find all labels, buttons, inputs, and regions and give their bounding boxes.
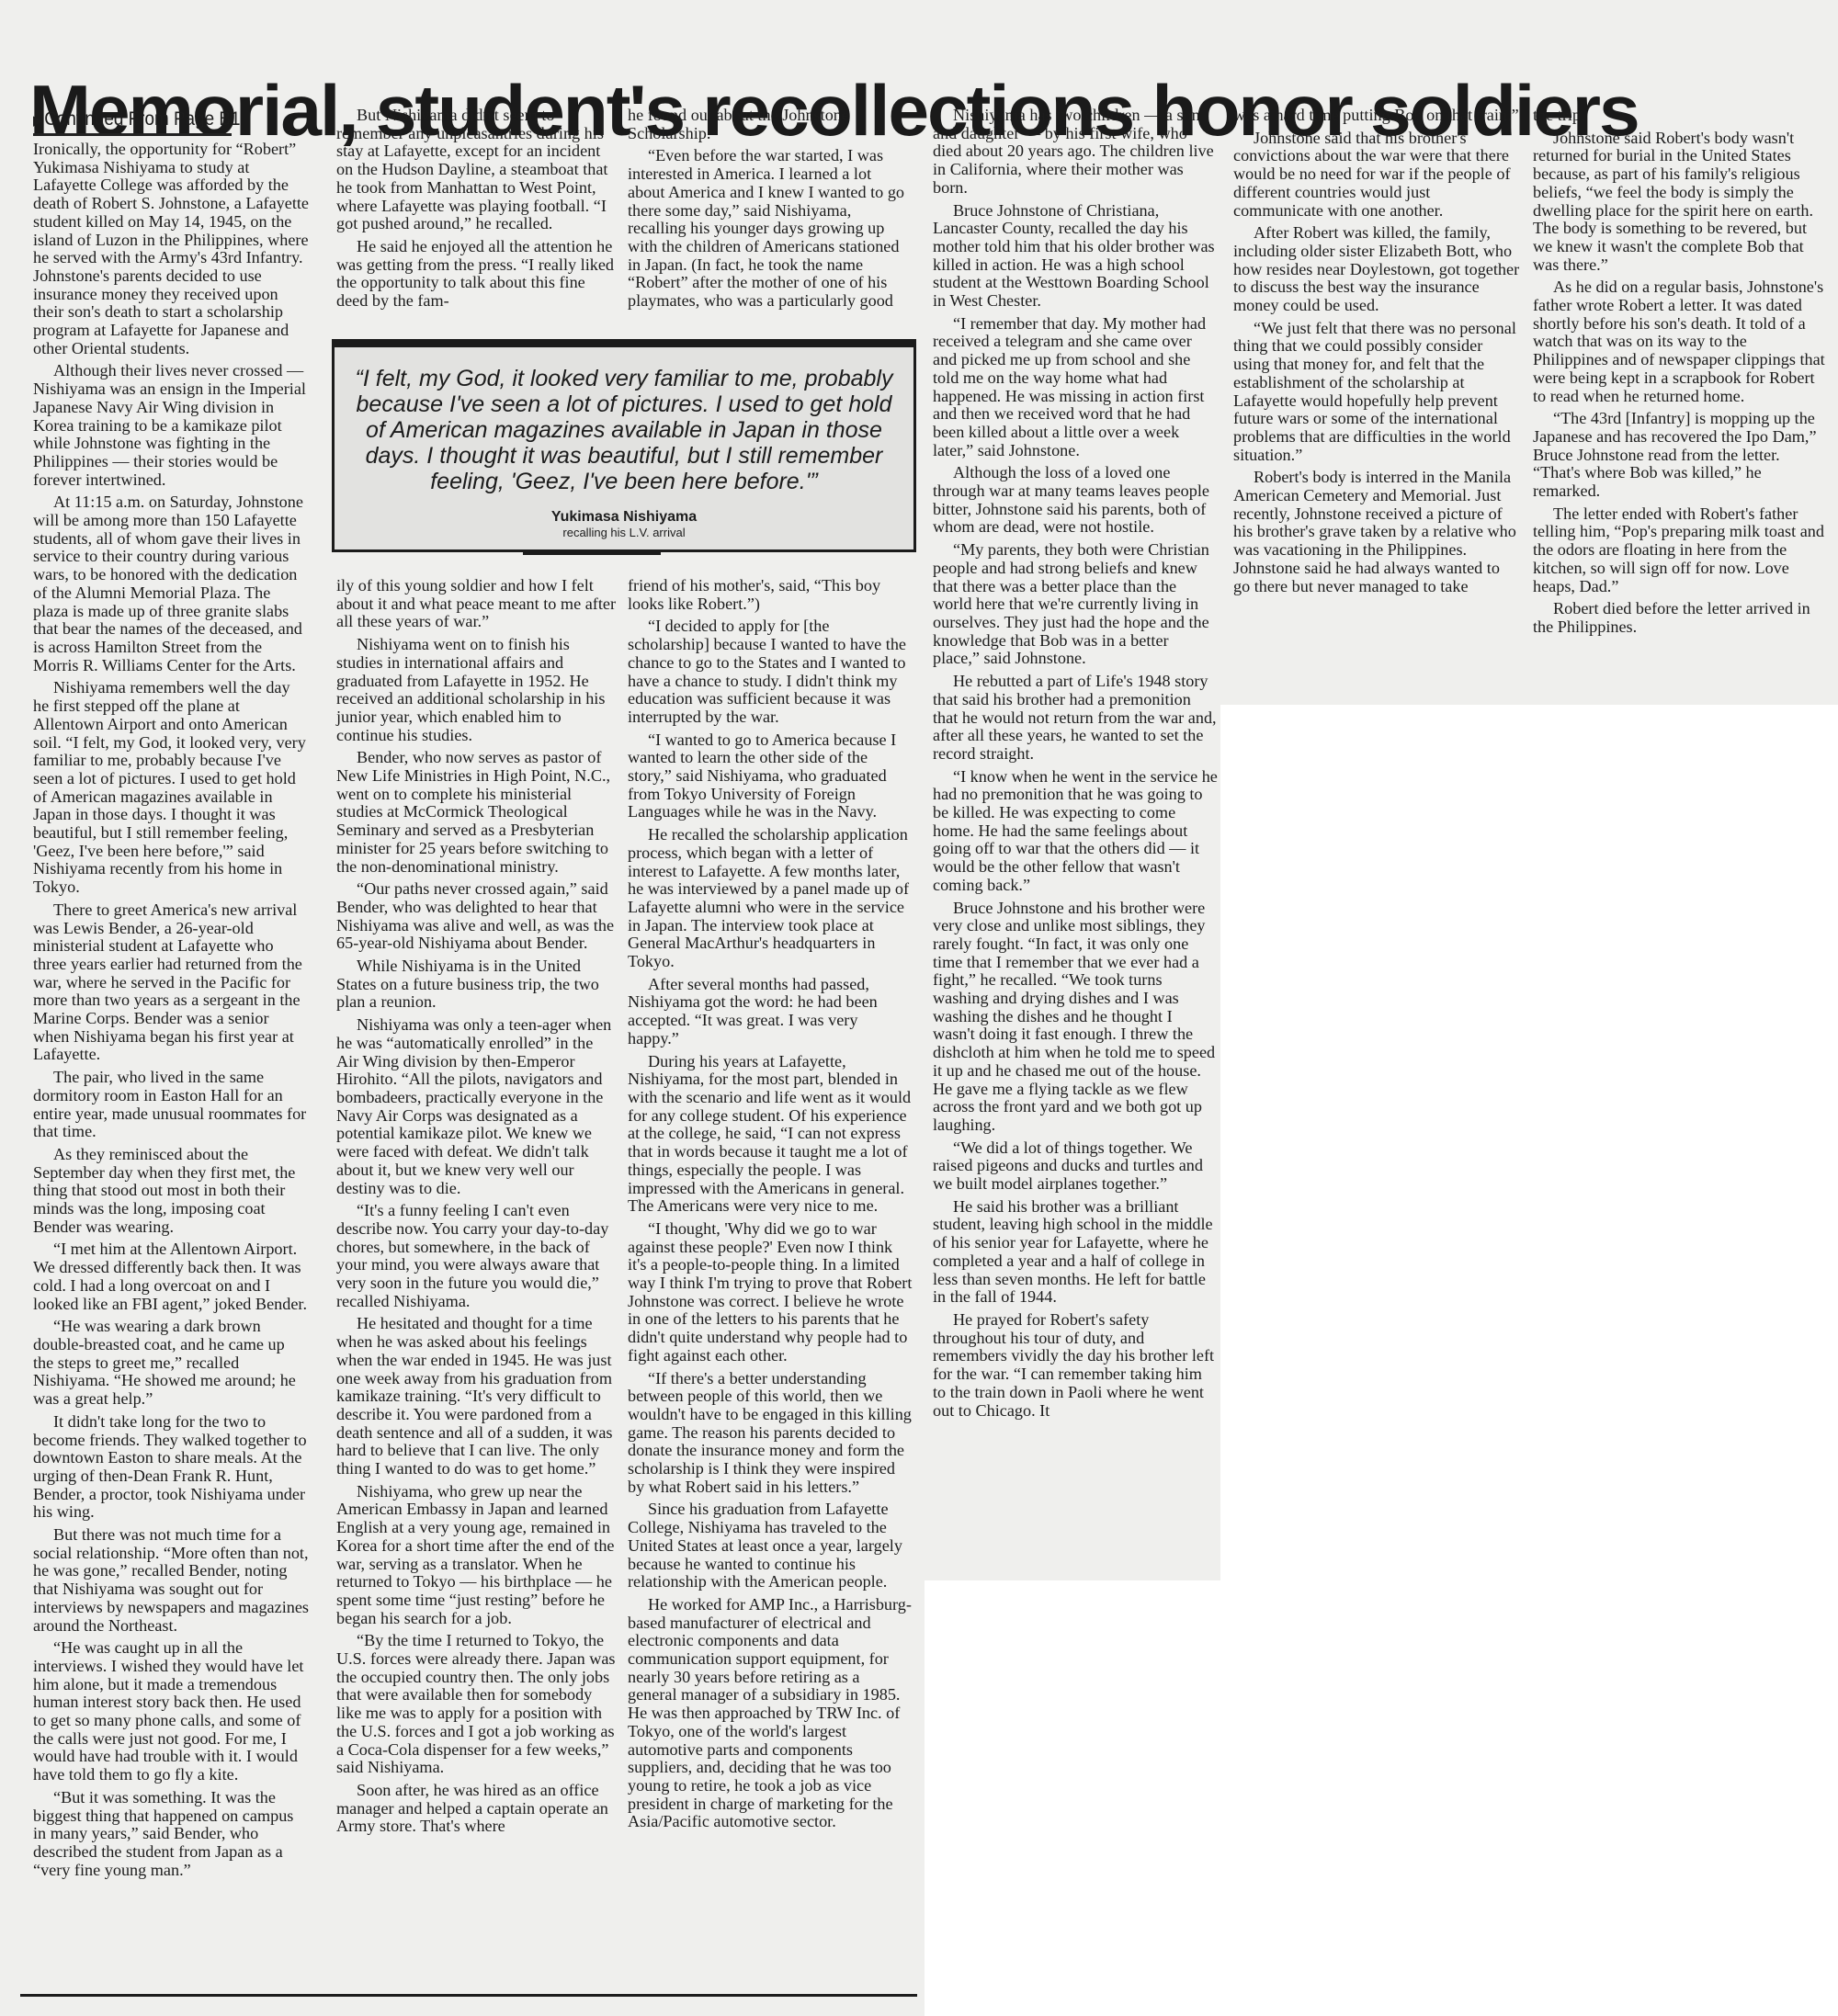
- paragraph: After Robert was killed, the family, inc…: [1233, 224, 1520, 315]
- paragraph: “I remember that day. My mother had rece…: [933, 315, 1218, 460]
- paragraph: ily of this young soldier and how I felt…: [336, 577, 618, 631]
- pull-quote-tab: [523, 549, 661, 555]
- paragraph: Johnstone said that his brother's convic…: [1233, 130, 1520, 221]
- pull-quote-text: “I felt, my God, it looked very familiar…: [347, 366, 901, 494]
- paragraph: At 11:15 a.m. on Saturday, Johnstone wil…: [33, 493, 309, 674]
- paragraph: “By the time I returned to Tokyo, the U.…: [336, 1632, 618, 1777]
- paragraph: Nishiyama remembers well the day he firs…: [33, 679, 309, 896]
- paragraph: “I thought, 'Why did we go to war agains…: [628, 1220, 913, 1365]
- paragraph: “The 43rd [Infantry] is mopping up the J…: [1533, 410, 1825, 501]
- paragraph: the trip.: [1533, 107, 1825, 125]
- paragraph: Nishiyama was only a teen-ager when he w…: [336, 1016, 618, 1197]
- jump-label: Continued From Page B1: [44, 108, 240, 130]
- continued-from-line: ▶Continued From Page B1: [33, 108, 232, 136]
- paragraph: Nishiyama, who grew up near the American…: [336, 1483, 618, 1628]
- paragraph: Soon after, he was hired as an office ma…: [336, 1782, 618, 1836]
- column-1: Ironically, the opportunity for “Robert”…: [33, 141, 309, 1884]
- paragraph: He said he enjoyed all the attention he …: [336, 238, 618, 311]
- paragraph: As he did on a regular basis, Johnstone'…: [1533, 278, 1825, 405]
- paragraph: But Nishiyama didn't seem to remember an…: [336, 107, 618, 233]
- paragraph: “He was caught up in all the interviews.…: [33, 1639, 309, 1784]
- paragraph: Bruce Johnstone of Christiana, Lancaster…: [933, 202, 1218, 311]
- paragraph: “We just felt that there was no personal…: [1233, 320, 1520, 465]
- paragraph: There to greet America's new arrival was…: [33, 901, 309, 1064]
- paragraph: “I wanted to go to America because I wan…: [628, 731, 913, 822]
- paragraph: Bruce Johnstone and his brother were ver…: [933, 900, 1218, 1135]
- column-2-bottom: ily of this young soldier and how I felt…: [336, 577, 618, 1840]
- column-5: was a hard time putting Bob on that trai…: [1233, 107, 1520, 600]
- pull-quote-box: “I felt, my God, it looked very familiar…: [332, 339, 916, 552]
- paragraph: He worked for AMP Inc., a Harrisburg-bas…: [628, 1596, 913, 1831]
- paragraph: During his years at Lafayette, Nishiyama…: [628, 1053, 913, 1216]
- paragraph: “But it was something. It was the bigges…: [33, 1789, 309, 1880]
- paragraph: Although their lives never crossed — Nis…: [33, 362, 309, 489]
- paragraph: While Nishiyama is in the United States …: [336, 957, 618, 1012]
- paragraph: Nishiyama has two children — a son and d…: [933, 107, 1218, 198]
- paragraph: Ironically, the opportunity for “Robert”…: [33, 141, 309, 357]
- paragraph: Bender, who now serves as pastor of New …: [336, 749, 618, 876]
- paragraph: He recalled the scholarship application …: [628, 826, 913, 971]
- paragraph: It didn't take long for the two to becom…: [33, 1413, 309, 1522]
- paragraph: “I know when he went in the service he h…: [933, 768, 1218, 895]
- paragraph: He hesitated and thought for a time when…: [336, 1315, 618, 1478]
- paragraph: Since his graduation from Lafayette Coll…: [628, 1501, 913, 1591]
- paragraph: “I met him at the Allentown Airport. We …: [33, 1240, 309, 1313]
- paragraph: friend of his mother's, said, “This boy …: [628, 577, 913, 613]
- column-3-top: he found out about the Johnstone Scholar…: [628, 107, 913, 315]
- paragraph: was a hard time putting Bob on that trai…: [1233, 107, 1520, 125]
- paragraph: “We did a lot of things together. We rai…: [933, 1139, 1218, 1194]
- paragraph: Nishiyama went on to finish his studies …: [336, 636, 618, 744]
- paragraph: Robert's body is interred in the Manila …: [1233, 469, 1520, 595]
- paragraph: “It's a funny feeling I can't even descr…: [336, 1202, 618, 1310]
- paragraph: “He was wearing a dark brown double-brea…: [33, 1318, 309, 1409]
- paragraph: “Even before the war started, I was inte…: [628, 147, 913, 310]
- paragraph: Although the loss of a loved one through…: [933, 464, 1218, 537]
- paragraph: He rebutted a part of Life's 1948 story …: [933, 673, 1218, 764]
- arrow-right-icon: ▶: [33, 113, 42, 129]
- paragraph: After several months had passed, Nishiya…: [628, 976, 913, 1048]
- column-2-top: But Nishiyama didn't seem to remember an…: [336, 107, 618, 315]
- column-6: the trip. Johnstone said Robert's body w…: [1533, 107, 1825, 641]
- paragraph: He prayed for Robert's safety throughout…: [933, 1311, 1218, 1420]
- paragraph: “If there's a better understanding betwe…: [628, 1370, 913, 1497]
- paragraph: he found out about the Johnstone Scholar…: [628, 107, 913, 142]
- paragraph: But there was not much time for a social…: [33, 1526, 309, 1635]
- paragraph: As they reminisced about the September d…: [33, 1146, 309, 1237]
- paragraph: “I decided to apply for [the scholarship…: [628, 617, 913, 726]
- pull-quote-attribution-role: recalling his L.V. arrival: [335, 526, 913, 539]
- bottom-rule-divider: [20, 1994, 917, 1997]
- column-4: Nishiyama has two children — a son and d…: [933, 107, 1218, 1424]
- paragraph: Johnstone said Robert's body wasn't retu…: [1533, 130, 1825, 275]
- paragraph: Robert died before the letter arrived in…: [1533, 600, 1825, 636]
- paragraph: He said his brother was a brilliant stud…: [933, 1198, 1218, 1307]
- pull-quote-attribution-name: Yukimasa Nishiyama: [335, 509, 913, 526]
- paragraph: “My parents, they both were Christian pe…: [933, 541, 1218, 668]
- paragraph: The letter ended with Robert's father te…: [1533, 505, 1825, 596]
- paragraph: The pair, who lived in the same dormitor…: [33, 1069, 309, 1141]
- paragraph: “Our paths never crossed again,” said Be…: [336, 880, 618, 953]
- column-3-bottom: friend of his mother's, said, “This boy …: [628, 577, 913, 1836]
